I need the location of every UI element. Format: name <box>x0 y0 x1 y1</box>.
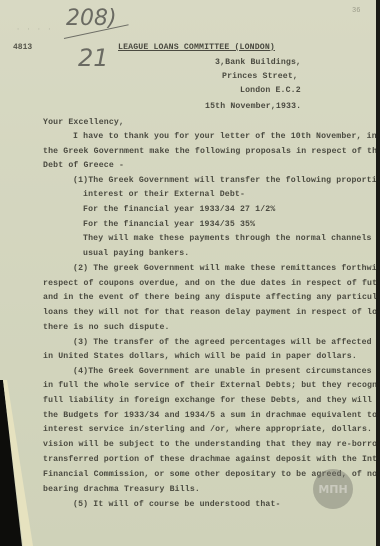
body-line: vision will be subject to the understand… <box>43 440 380 450</box>
address-line-2: Princes Street, <box>222 72 298 82</box>
body-line: (2) The greek Government will make these… <box>73 264 380 274</box>
handwritten-number-bottom: 21 <box>78 44 109 72</box>
body-line: They will make these payments through th… <box>83 234 380 244</box>
body-line: bearing drachma Treasury Bills. <box>43 485 200 495</box>
body-line: the Greek Government make the following … <box>43 147 380 157</box>
body-line: I have to thank you for your letter of t… <box>73 132 380 142</box>
body-line: full liability in foreign exchange for t… <box>43 396 380 406</box>
body-line: respect of coupons overdue, and on the d… <box>43 279 380 289</box>
body-line: (4)The Greek Government are unable in pr… <box>73 367 380 377</box>
body-line: and in the event of there being any disp… <box>43 293 380 303</box>
seal-text: ΜΠΗ <box>318 483 347 496</box>
body-line: Debt of Greece - <box>43 161 124 171</box>
body-line: in full the whole service of their Exter… <box>43 381 380 391</box>
body-line: interest or their External Debt- <box>83 190 245 200</box>
address-line-1: 3,Bank Buildings, <box>215 58 301 68</box>
letter-date: 15th November,1933. <box>205 102 301 112</box>
body-line: loans they will not for that reason dela… <box>43 308 380 318</box>
body-line: (5) It will of course be understood that… <box>73 500 281 510</box>
body-line: (1)The Greek Government will transfer th… <box>73 176 380 186</box>
body-line: For the financial year 1933/34 27 1/2% <box>83 205 275 215</box>
address-line-3: London E.C.2 <box>240 86 301 96</box>
body-line: interest service in/sterling and /or, wh… <box>43 425 380 435</box>
body-line: there is no such dispute. <box>43 323 170 333</box>
archive-seal-icon: ΜΠΗ <box>313 469 353 509</box>
salutation: Your Excellency, <box>43 118 124 128</box>
body-line: the Budgets for 1933/34 and 1934/5 a sum… <box>43 411 380 421</box>
letterhead-title: LEAGUE LOANS COMMITTEE (LONDON) <box>118 43 275 53</box>
body-line: For the financial year 1934/35 35% <box>83 220 255 230</box>
body-line: transferred portion of these drachmae ag… <box>43 455 380 465</box>
body-line: usual paying bankers. <box>83 249 189 259</box>
body-line: in United States dollars, which will be … <box>43 352 357 362</box>
document-page: 36 · · · · 4813 208) 21 LEAGUE LOANS COM… <box>0 0 376 546</box>
body-line: (3) The transfer of the agreed percentag… <box>73 338 380 348</box>
faint-stamp: · · · · <box>16 26 52 34</box>
scan-border-right <box>376 0 380 546</box>
page-number: 36 <box>352 7 360 15</box>
reference-number: 4813 <box>13 43 32 52</box>
